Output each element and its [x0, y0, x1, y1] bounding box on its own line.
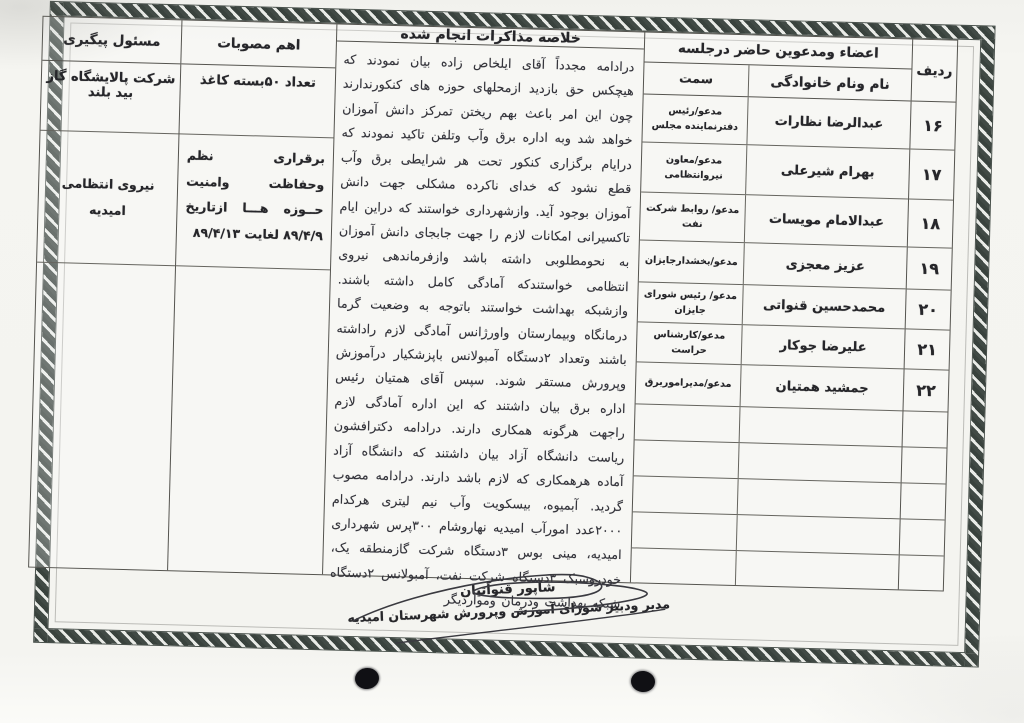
member-row: علیرضا جوکار مدعو/کارشناس حراست: [637, 322, 905, 369]
member-position-empty: [635, 404, 740, 442]
member-name-empty: [736, 515, 900, 554]
row-number-empty: [902, 447, 947, 484]
column-group-members: اعضاء ومدعوین حاضر درجلسه نام ونام خانوا…: [630, 32, 912, 589]
member-name: جمشید همتیان: [740, 365, 904, 410]
row-number: ۱۸: [908, 199, 953, 248]
member-position: مدعو/بخشدارجایزان: [639, 240, 744, 284]
member-row: عزیز معجزی مدعو/بخشدارجایزان: [639, 240, 907, 289]
row-number-empty: [903, 411, 948, 448]
member-position: مدعو/مدیراموربرق: [636, 362, 741, 406]
member-name-empty: [737, 479, 901, 518]
summary-text: درادامه مجدداً آقای ایلخاص زاده بیان نمو…: [322, 41, 644, 621]
scanned-meeting-minutes-page: { "table": { "headers": { "radif": "ردیف…: [0, 0, 1024, 723]
member-position-empty: [634, 440, 739, 478]
member-name-empty: [735, 551, 899, 589]
follow-up-text: نیروی انتظامی امیدیه: [37, 131, 178, 267]
follow-up-empty: [29, 263, 175, 571]
member-position: مدعو/معاون نیروانتظامی: [641, 142, 746, 194]
member-name: بهرام شیرعلی: [745, 145, 909, 198]
member-name: علیرضا جوکار: [741, 325, 905, 368]
member-position-empty: [632, 512, 737, 550]
row-number-empty: [899, 555, 944, 590]
resolution-empty: [168, 266, 330, 574]
member-row: عبدالامام مویسات مدعو/ روابط شرکت نفت: [640, 192, 908, 247]
header-resolutions: اهم مصوبات: [181, 20, 336, 68]
row-number: ۱۹: [907, 247, 952, 290]
member-position: مدعو/رئیس دفترنماینده مجلس: [642, 94, 747, 144]
column-resolutions: اهم مصوبات تعداد ۵۰بسته کاغذ برقراری نظم…: [167, 20, 336, 574]
row-number: ۱۶: [910, 102, 955, 151]
header-follow-up: مسئول پیگیری: [42, 17, 181, 65]
row-number-empty: [901, 483, 946, 520]
column-follow-up: مسئول پیگیری شرکت پالایشگاه گاز بید بلند…: [29, 17, 181, 570]
follow-up-text: شرکت پالایشگاه گاز بید بلند: [41, 61, 181, 135]
member-name-empty: [738, 443, 902, 482]
member-row: بهرام شیرعلی مدعو/معاون نیروانتظامی: [641, 142, 909, 199]
minutes-table: ردیف ۱۶ ۱۷ ۱۸ ۱۹ ۲۰ ۲۱ ۲۲ اعضاء ومدعوین …: [28, 16, 958, 592]
row-number: ۱۷: [909, 149, 954, 200]
header-position: سمت: [644, 63, 749, 97]
member-name: محمدحسین قنواتی: [742, 285, 906, 328]
member-name: عبدالرضا نظارات: [746, 97, 910, 148]
member-position: مدعو/ روابط شرکت نفت: [640, 192, 745, 242]
paper-sheet: ردیف ۱۶ ۱۷ ۱۸ ۱۹ ۲۰ ۲۱ ۲۲ اعضاء ومدعوین …: [9, 0, 1005, 707]
header-name: نام ونام خانوادگی: [748, 65, 912, 100]
row-number: ۲۲: [903, 369, 948, 412]
member-position: مدعو/ رئیس شورای جایزان: [638, 282, 743, 324]
member-name-empty: [739, 407, 903, 446]
row-number-empty: [900, 519, 945, 556]
row-number: ۲۱: [905, 329, 950, 370]
member-position: مدعو/کارشناس حراست: [637, 322, 742, 364]
member-row: عبدالرضا نظارات مدعو/رئیس دفترنماینده مج…: [642, 94, 910, 149]
resolution-text: تعداد ۵۰بسته کاغذ: [179, 64, 335, 138]
member-name: عزیز معجزی: [743, 243, 907, 288]
member-row: محمدحسین قنواتی مدعو/ رئیس شورای جایزان: [638, 282, 906, 329]
column-summary: خلاصه مذاکرات انجام شده درادامه مجدداً آ…: [322, 24, 644, 582]
header-row-number: ردیف: [912, 40, 958, 103]
member-row: جمشید همتیان مدعو/مدیراموربرق: [636, 362, 904, 411]
resolution-text: برقراری نظم وحفاظت وامنیت حــوزه هـــا ا…: [176, 134, 333, 270]
member-position-empty: [633, 476, 738, 514]
row-number: ۲۰: [906, 289, 951, 330]
member-name: عبدالامام مویسات: [744, 195, 908, 246]
